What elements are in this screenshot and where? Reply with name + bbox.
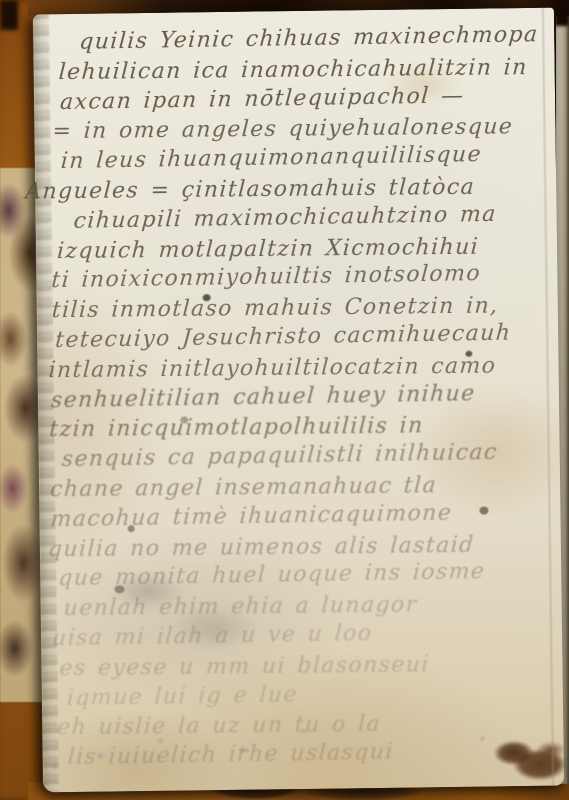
manuscript-line-15: senquis ca papaquilistli inilhuicac — [61, 440, 499, 472]
manuscript-line-6: Angueles = çinitlasomahuis tlatòca — [25, 175, 476, 205]
manuscript-line-8: izquich motlapaltzin Xicmochihui — [56, 234, 480, 263]
handwritten-text-block: quilis Yeinic chihuas maxinechmopalehuil… — [33, 8, 564, 793]
manuscript-line-9: ti inoixiconmiyohuiltis inotsolomo — [51, 261, 482, 293]
manuscript-line-22: es eyese u mm ui blasonseui — [59, 652, 431, 681]
manuscript-line-12: intlamis initlayohuiltilocatzin camo — [48, 353, 497, 383]
manuscript-page: quilis Yeinic chihuas maxinechmopalehuil… — [33, 8, 564, 793]
manuscript-line-4: = in ome angeles quiyehualonesque — [52, 115, 514, 145]
manuscript-line-17: macohua timè ihuanicaquimone — [50, 500, 454, 532]
manuscript-line-19: que monita huel uoque ins iosme — [57, 559, 486, 591]
manuscript-line-3: axcan ipan in nōtlequipachol — — [59, 83, 465, 115]
manuscript-line-14: tzin inicquimotlapolhuililis in — [49, 414, 425, 443]
manuscript-line-2: lehuilican ica inamochicahualitzin in — [58, 55, 528, 85]
manuscript-line-11: tetecuiyo Jesuchristo cacmihuecauh — [54, 321, 512, 354]
bound-manuscript-photo: quilis Yeinic chihuas maxinechmopalehuil… — [0, 0, 569, 800]
cover-corner-top-left — [0, 0, 18, 30]
manuscript-line-5: in leus ihuanquimonanquililisque — [60, 142, 483, 174]
manuscript-line-18: quilia no me uimenos alis lastaid — [47, 532, 475, 561]
manuscript-line-16: chane angel insemanahuac tla — [49, 473, 437, 502]
manuscript-line-20: uenlah ehim ehia a lunagor — [63, 593, 418, 622]
manuscript-line-23: iqmue lui ig e lue — [66, 682, 299, 711]
cover-corner-top-right — [555, 0, 569, 26]
manuscript-line-10: tilis inmotlaso mahuis Conetzin in, — [51, 294, 499, 324]
manuscript-line-21: uisa mi ilah a u ve u loo — [51, 621, 373, 651]
manuscript-line-1: quilis Yeinic chihuas maxinechmopa — [78, 22, 539, 55]
manuscript-line-7: cihuapili maximochicauhtzino ma — [73, 202, 498, 234]
manuscript-line-24: eh uislie la uz un tu o la — [57, 712, 382, 740]
manuscript-line-25: lis iuiuelich irhe uslasqui — [67, 740, 395, 770]
manuscript-line-13: senhuelitilian cahuel huey inihue — [50, 381, 476, 413]
